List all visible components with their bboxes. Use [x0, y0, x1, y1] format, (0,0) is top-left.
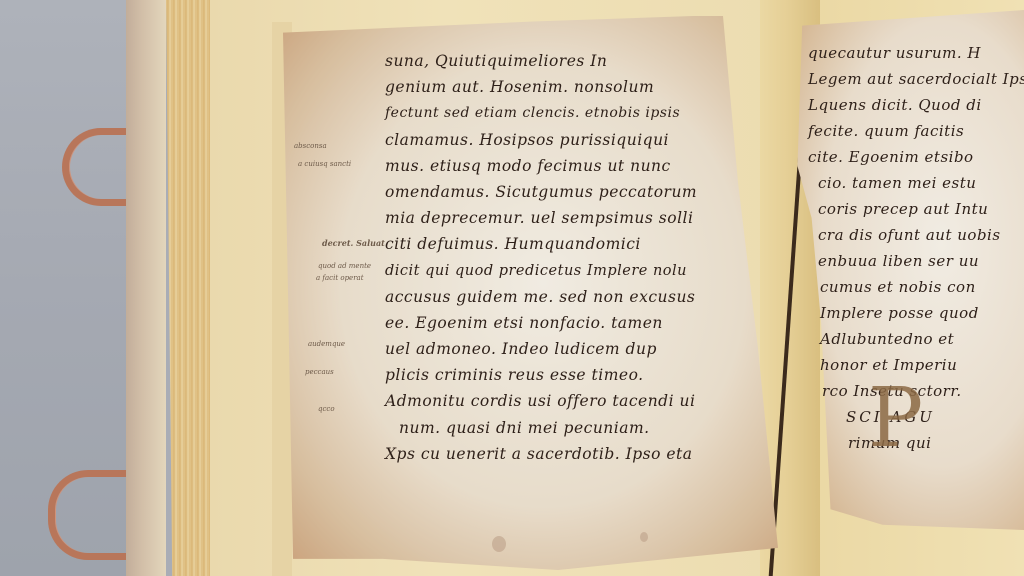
margin-gloss: qcco: [318, 405, 335, 413]
text-line: fectunt sed etiam clencis. etnobis ipsis: [385, 100, 697, 126]
manuscript-text-left: suna, Quiutiquimeliores In genium aut. H…: [385, 48, 697, 467]
text-line: dicit qui quod predicetus Implere nolu: [385, 258, 697, 284]
text-line: cumus et nobis con: [808, 274, 1024, 300]
text-line: clamamus. Hosipsos purissiquiqui: [385, 127, 697, 153]
text-line: mus. etiusq modo fecimus ut nunc: [385, 153, 697, 179]
decorated-initial: P: [868, 378, 923, 460]
text-line: suna, Quiutiquimeliores In: [385, 48, 697, 74]
text-line: Implere posse quod: [808, 300, 1024, 326]
text-line: cio. tamen mei estu: [808, 170, 1024, 196]
text-line: Legem aut sacerdocialt Ipse: [808, 66, 1024, 92]
text-line: coris precep aut Intu: [808, 196, 1024, 222]
margin-gloss: peccaus: [305, 368, 334, 376]
text-line: ee. Egoenim etsi nonfacio. tamen: [385, 310, 697, 336]
text-line: accusus guidem me. sed non excusus: [385, 284, 697, 310]
text-line: Lquens dicit. Quod di: [808, 92, 1024, 118]
text-line: plicis criminis reus esse timeo.: [385, 362, 697, 388]
margin-gloss: absconsa: [294, 142, 327, 150]
margin-gloss: a cuiusq sancti: [298, 160, 351, 168]
text-line: cra dis ofunt aut uobis: [808, 222, 1024, 248]
text-line: Admonitu cordis usi offero tacendi ui: [385, 388, 697, 414]
margin-gloss: a facit operat: [316, 274, 364, 282]
text-line: genium aut. Hosenim. nonsolum: [385, 74, 697, 100]
text-line: Adlubuntedno et: [808, 326, 1024, 352]
text-line: citi defuimus. Humquandomici: [385, 231, 697, 257]
text-line: num. quasi dni mei pecuniam.: [385, 415, 697, 441]
binding-ring-upper: [62, 128, 130, 206]
display-stand-edge: [126, 0, 166, 576]
margin-gloss: audemque: [308, 340, 345, 348]
margin-gloss: decret. Saluat: [322, 238, 385, 248]
text-line: fecite. quum facitis: [808, 118, 1024, 144]
text-line: omendamus. Sicutgumus peccatorum: [385, 179, 697, 205]
parchment-stain: [640, 532, 648, 542]
margin-gloss: quod ad mente: [318, 262, 371, 270]
text-line: enbuua liben ser uu: [808, 248, 1024, 274]
text-line: uel admoneo. Indeo ludicem dup: [385, 336, 697, 362]
text-line: quecautur usurum. H: [808, 40, 1024, 66]
parchment-stain: [492, 536, 506, 552]
text-line: cite. Egoenim etsibo: [808, 144, 1024, 170]
text-line: mia deprecemur. uel sempsimus solli: [385, 205, 697, 231]
binding-ring-lower: [48, 470, 126, 560]
text-line: Xps cu uenerit a sacerdotib. Ipso eta: [385, 441, 697, 467]
